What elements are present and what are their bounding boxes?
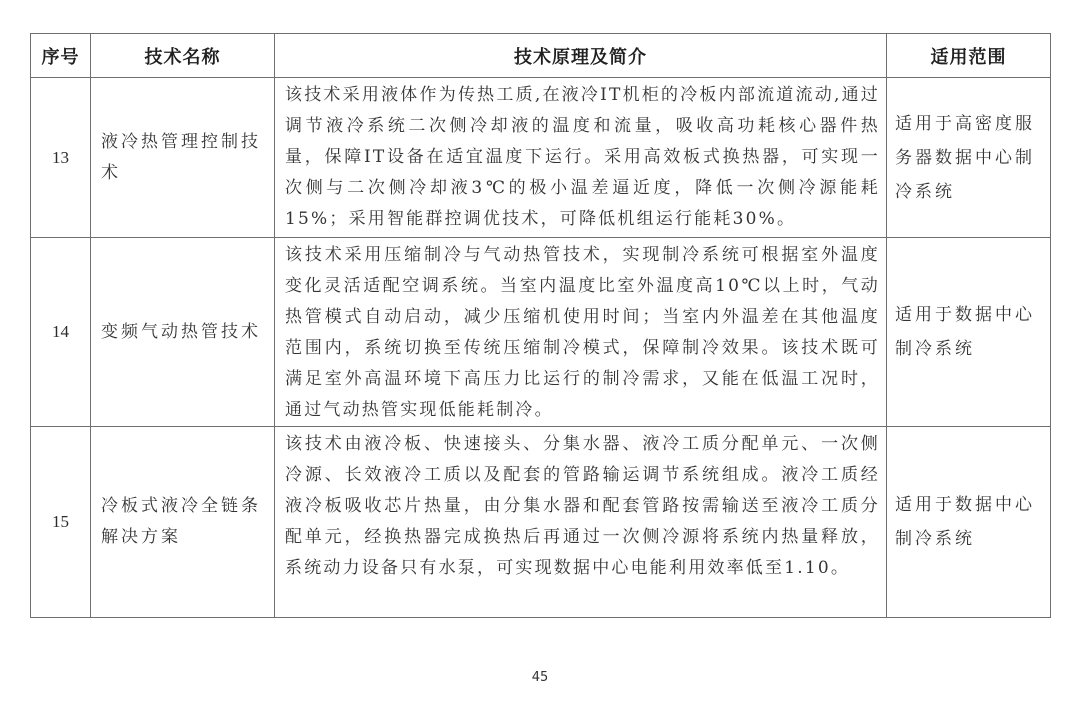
- technology-name: 冷板式液冷全链条解决方案: [91, 427, 275, 618]
- technology-description: 该技术采用压缩制冷与气动热管技术，实现制冷系统可根据室外温度变化灵活适配空调系统…: [275, 238, 887, 427]
- table-header-row: 序号 技术名称 技术原理及简介 适用范围: [31, 34, 1051, 78]
- table-row: 15 冷板式液冷全链条解决方案 该技术由液冷板、快速接头、分集水器、液冷工质分配…: [31, 427, 1051, 618]
- application-scope: 适用于数据中心制冷系统: [887, 427, 1051, 618]
- row-number: 13: [31, 78, 91, 238]
- technology-table: 序号 技术名称 技术原理及简介 适用范围 13 液冷热管理控制技术 该技术采用液…: [30, 33, 1051, 618]
- application-scope: 适用于数据中心制冷系统: [887, 238, 1051, 427]
- header-no: 序号: [31, 34, 91, 78]
- row-number: 14: [31, 238, 91, 427]
- row-number: 15: [31, 427, 91, 618]
- table-row: 14 变频气动热管技术 该技术采用压缩制冷与气动热管技术，实现制冷系统可根据室外…: [31, 238, 1051, 427]
- page-number: 45: [0, 670, 1080, 685]
- technology-description: 该技术由液冷板、快速接头、分集水器、液冷工质分配单元、一次侧冷源、长效液冷工质以…: [275, 427, 887, 618]
- application-scope: 适用于高密度服务器数据中心制冷系统: [887, 78, 1051, 238]
- table-row: 13 液冷热管理控制技术 该技术采用液体作为传热工质,在液冷IT机柜的冷板内部流…: [31, 78, 1051, 238]
- technology-name: 变频气动热管技术: [91, 238, 275, 427]
- header-scope: 适用范围: [887, 34, 1051, 78]
- technology-name: 液冷热管理控制技术: [91, 78, 275, 238]
- technology-description: 该技术采用液体作为传热工质,在液冷IT机柜的冷板内部流道流动,通过调节液冷系统二…: [275, 78, 887, 238]
- header-name: 技术名称: [91, 34, 275, 78]
- header-description: 技术原理及简介: [275, 34, 887, 78]
